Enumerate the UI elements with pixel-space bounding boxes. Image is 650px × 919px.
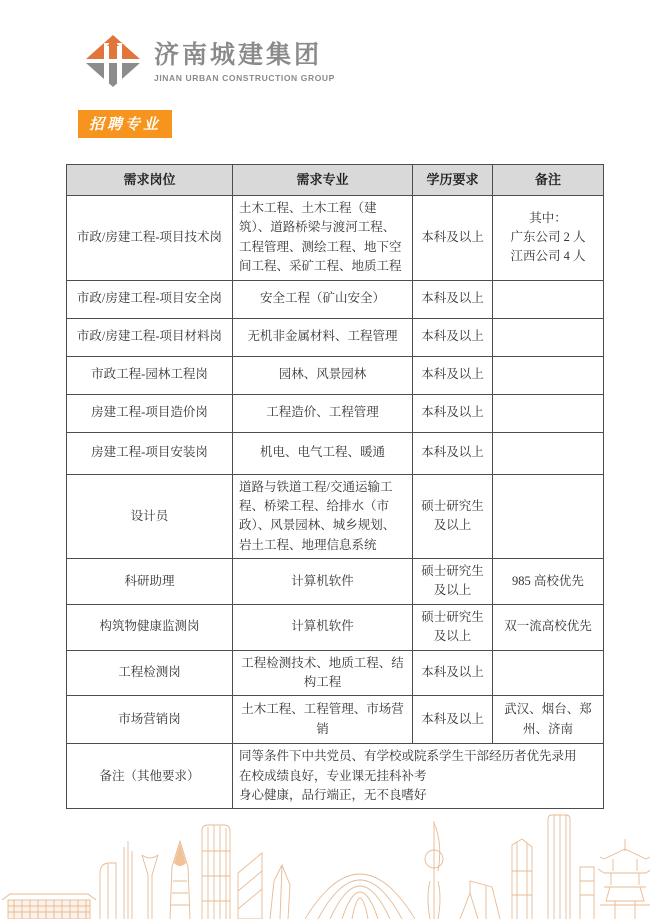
major-cell: 计算机软件	[233, 604, 413, 650]
position-cell: 房建工程-项目安装岗	[67, 432, 233, 474]
position-cell: 科研助理	[67, 559, 233, 605]
table-footer-row: 备注（其他要求） 同等条件下中共党员、有学校或院系学生干部经历者优先录用 在校成…	[67, 744, 604, 809]
remark-cell	[493, 474, 604, 559]
major-cell: 机电、电气工程、暖通	[233, 432, 413, 474]
major-cell: 无机非金属材料、工程管理	[233, 318, 413, 356]
position-cell: 构筑物健康监测岗	[67, 604, 233, 650]
remark-cell	[493, 432, 604, 474]
position-cell: 市场营销岗	[67, 696, 233, 744]
col-header-education: 学历要求	[413, 165, 493, 196]
table-row: 市场营销岗 土木工程、工程管理、市场营销 本科及以上 武汉、烟台、郑州、济南	[67, 696, 604, 744]
company-name-english: JINAN URBAN CONSTRUCTION GROUP	[154, 73, 335, 83]
table-row: 市政工程-园林工程岗 园林、风景园林 本科及以上	[67, 356, 604, 394]
education-cell: 硕士研究生及以上	[413, 604, 493, 650]
position-cell: 设计员	[67, 474, 233, 559]
col-header-remark: 备注	[493, 165, 604, 196]
education-cell: 本科及以上	[413, 696, 493, 744]
logo-text: 济南城建集团 JINAN URBAN CONSTRUCTION GROUP	[154, 41, 335, 83]
major-cell: 工程造价、工程管理	[233, 394, 413, 432]
education-cell: 本科及以上	[413, 318, 493, 356]
education-cell: 本科及以上	[413, 356, 493, 394]
remark-cell	[493, 394, 604, 432]
bridge-diamond-logo-icon	[84, 34, 142, 90]
table-row: 市政/房建工程-项目安全岗 安全工程（矿山安全） 本科及以上	[67, 280, 604, 318]
remark-cell	[493, 280, 604, 318]
major-cell: 工程检测技术、地质工程、结构工程	[233, 650, 413, 696]
company-logo: 济南城建集团 JINAN URBAN CONSTRUCTION GROUP	[84, 34, 335, 90]
table-row: 工程检测岗 工程检测技术、地质工程、结构工程 本科及以上	[67, 650, 604, 696]
education-cell: 硕士研究生及以上	[413, 474, 493, 559]
table-row: 市政/房建工程-项目技术岗 土木工程、土木工程（建筑）、道路桥梁与渡河工程、工程…	[67, 196, 604, 281]
remark-cell: 双一流高校优先	[493, 604, 604, 650]
remark-cell	[493, 356, 604, 394]
position-cell: 市政/房建工程-项目技术岗	[67, 196, 233, 281]
major-cell: 道路与铁道工程/交通运输工程、桥梁工程、给排水（市政）、风景园林、城乡规划、岩土…	[233, 474, 413, 559]
education-cell: 硕士研究生及以上	[413, 559, 493, 605]
remark-cell: 985 高校优先	[493, 559, 604, 605]
position-cell: 工程检测岗	[67, 650, 233, 696]
table-header-row: 需求岗位 需求专业 学历要求 备注	[67, 165, 604, 196]
footer-label-cell: 备注（其他要求）	[67, 744, 233, 809]
table-row: 构筑物健康监测岗 计算机软件 硕士研究生及以上 双一流高校优先	[67, 604, 604, 650]
remark-cell: 武汉、烟台、郑州、济南	[493, 696, 604, 744]
major-cell: 安全工程（矿山安全）	[233, 280, 413, 318]
table-row: 科研助理 计算机软件 硕士研究生及以上 985 高校优先	[67, 559, 604, 605]
remark-cell: 其中： 广东公司 2 人 江西公司 4 人	[493, 196, 604, 281]
table-row: 市政/房建工程-项目材料岗 无机非金属材料、工程管理 本科及以上	[67, 318, 604, 356]
education-cell: 本科及以上	[413, 432, 493, 474]
position-cell: 房建工程-项目造价岗	[67, 394, 233, 432]
footer-content-cell: 同等条件下中共党员、有学校或院系学生干部经历者优先录用 在校成绩良好，专业课无挂…	[233, 744, 604, 809]
table-row: 设计员 道路与铁道工程/交通运输工程、桥梁工程、给排水（市政）、风景园林、城乡规…	[67, 474, 604, 559]
education-cell: 本科及以上	[413, 650, 493, 696]
table-row: 房建工程-项目安装岗 机电、电气工程、暖通 本科及以上	[67, 432, 604, 474]
remark-cell	[493, 318, 604, 356]
education-cell: 本科及以上	[413, 394, 493, 432]
col-header-major: 需求专业	[233, 165, 413, 196]
table-row: 房建工程-项目造价岗 工程造价、工程管理 本科及以上	[67, 394, 604, 432]
education-cell: 本科及以上	[413, 196, 493, 281]
recruitment-notice-page: 济南城建集团 JINAN URBAN CONSTRUCTION GROUP 招聘…	[0, 0, 650, 919]
company-name: 济南城建集团	[154, 41, 335, 70]
major-cell: 计算机软件	[233, 559, 413, 605]
major-cell: 园林、风景园林	[233, 356, 413, 394]
education-cell: 本科及以上	[413, 280, 493, 318]
city-skyline-illustration	[0, 801, 650, 919]
recruitment-table: 需求岗位 需求专业 学历要求 备注 市政/房建工程-项目技术岗 土木工程、土木工…	[66, 164, 604, 809]
major-cell: 土木工程、工程管理、市场营销	[233, 696, 413, 744]
position-cell: 市政/房建工程-项目安全岗	[67, 280, 233, 318]
position-cell: 市政工程-园林工程岗	[67, 356, 233, 394]
section-badge-recruit-majors: 招聘专业	[78, 110, 172, 138]
remark-cell	[493, 650, 604, 696]
major-cell: 土木工程、土木工程（建筑）、道路桥梁与渡河工程、工程管理、测绘工程、地下空间工程…	[233, 196, 413, 281]
position-cell: 市政/房建工程-项目材料岗	[67, 318, 233, 356]
col-header-position: 需求岗位	[67, 165, 233, 196]
